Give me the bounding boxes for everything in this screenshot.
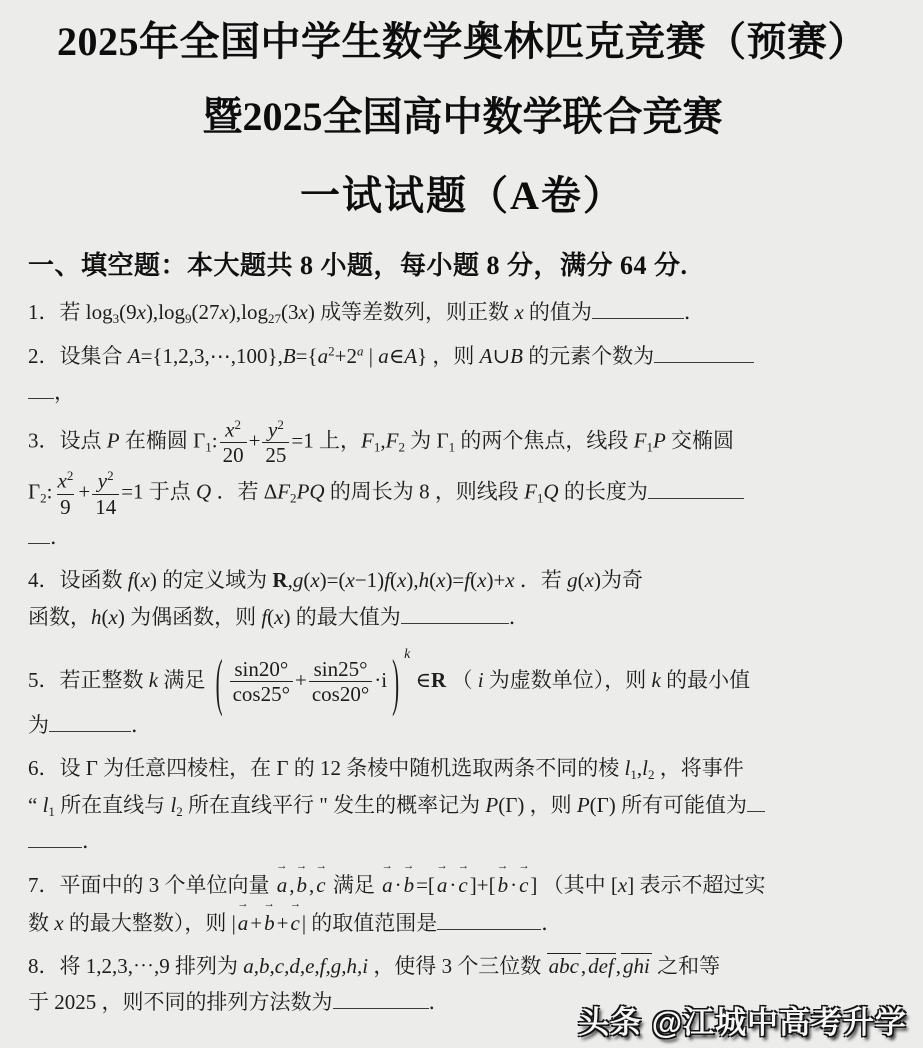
vector-term: →c [456, 866, 469, 903]
watermark: 头条 @江城中高考升学 [578, 997, 907, 1042]
exam-title-line-2: 暨2025全国高中数学联合竞赛 [28, 93, 897, 142]
fraction: sin20°cos25° [230, 657, 293, 708]
answer-blank [333, 989, 429, 1009]
overline-term: abc [547, 953, 581, 978]
vector-term: →c [288, 904, 301, 941]
vector-term: →a [275, 866, 290, 903]
answer-blank [28, 379, 54, 399]
vector-term: →c [517, 866, 530, 903]
exam-title-line-1: 2025年全国中学生数学奥林匹克竞赛（预赛） [28, 18, 897, 67]
fraction: y214 [92, 468, 119, 519]
fraction: y225 [262, 417, 289, 468]
problem-7: 7．平面中的 3 个单位向量 →a,→b,→c 满足 →a·→b=[→a·→c]… [28, 866, 897, 940]
answer-blank [747, 792, 765, 812]
answer-blank [28, 828, 82, 848]
overline-term: ghi [621, 953, 652, 978]
problem-4: 4．设函数 f(x) 的定义域为 R,g(x)=(x−1)f(x),h(x)=f… [28, 562, 897, 634]
answer-blank [654, 343, 754, 363]
problem-1: 1．若 log3(9x),log9(27x),log27(3x) 成等差数列，则… [28, 294, 897, 331]
problem-6: 6．设 Γ 为任意四棱柱，在 Γ 的 12 条棱中随机选取两条不同的棱 l1,l… [28, 750, 897, 859]
big-paren-right: ) [392, 628, 399, 736]
answer-blank [401, 604, 509, 624]
vector-term: →b [262, 904, 277, 941]
problem-list: 1．若 log3(9x),log9(27x),log27(3x) 成等差数列，则… [28, 294, 897, 1020]
answer-blank [49, 712, 131, 732]
vector-term: →a [236, 904, 251, 941]
answer-blank [437, 910, 541, 930]
answer-blank [592, 299, 684, 319]
problem-5: 5．若正整数 k 满足 (sin20°cos25°+sin25°cos20°·i… [28, 642, 897, 744]
fraction: x29 [55, 468, 77, 519]
problem-2: 2．设集合 A={1,2,3,⋯,100},B={a2+2a | a∈A} ，则… [28, 338, 897, 410]
answer-blank [648, 479, 744, 499]
fraction: sin25°cos20° [309, 657, 372, 708]
vector-term: →c [314, 866, 327, 903]
exam-paper: 2025年全国中学生数学奥林匹克竞赛（预赛） 暨2025全国高中数学联合竞赛 一… [0, 0, 923, 1020]
problem-3: 3．设点 P 在椭圆 Γ1:x220+y225=1 上，F1,F2 为 Γ1 的… [28, 417, 897, 555]
answer-blank [28, 524, 50, 544]
vector-term: →b [496, 866, 511, 903]
vector-term: →b [402, 866, 417, 903]
vector-term: →a [380, 866, 395, 903]
fraction: x220 [220, 417, 247, 468]
overline-term: def [586, 953, 616, 978]
section-header: 一、填空题：本大题共 8 小题，每小题 8 分，满分 64 分. [28, 245, 897, 282]
exam-title-line-3: 一试试题（A卷） [28, 172, 897, 221]
vector-term: →a [435, 866, 450, 903]
big-paren-left: ( [216, 628, 223, 736]
